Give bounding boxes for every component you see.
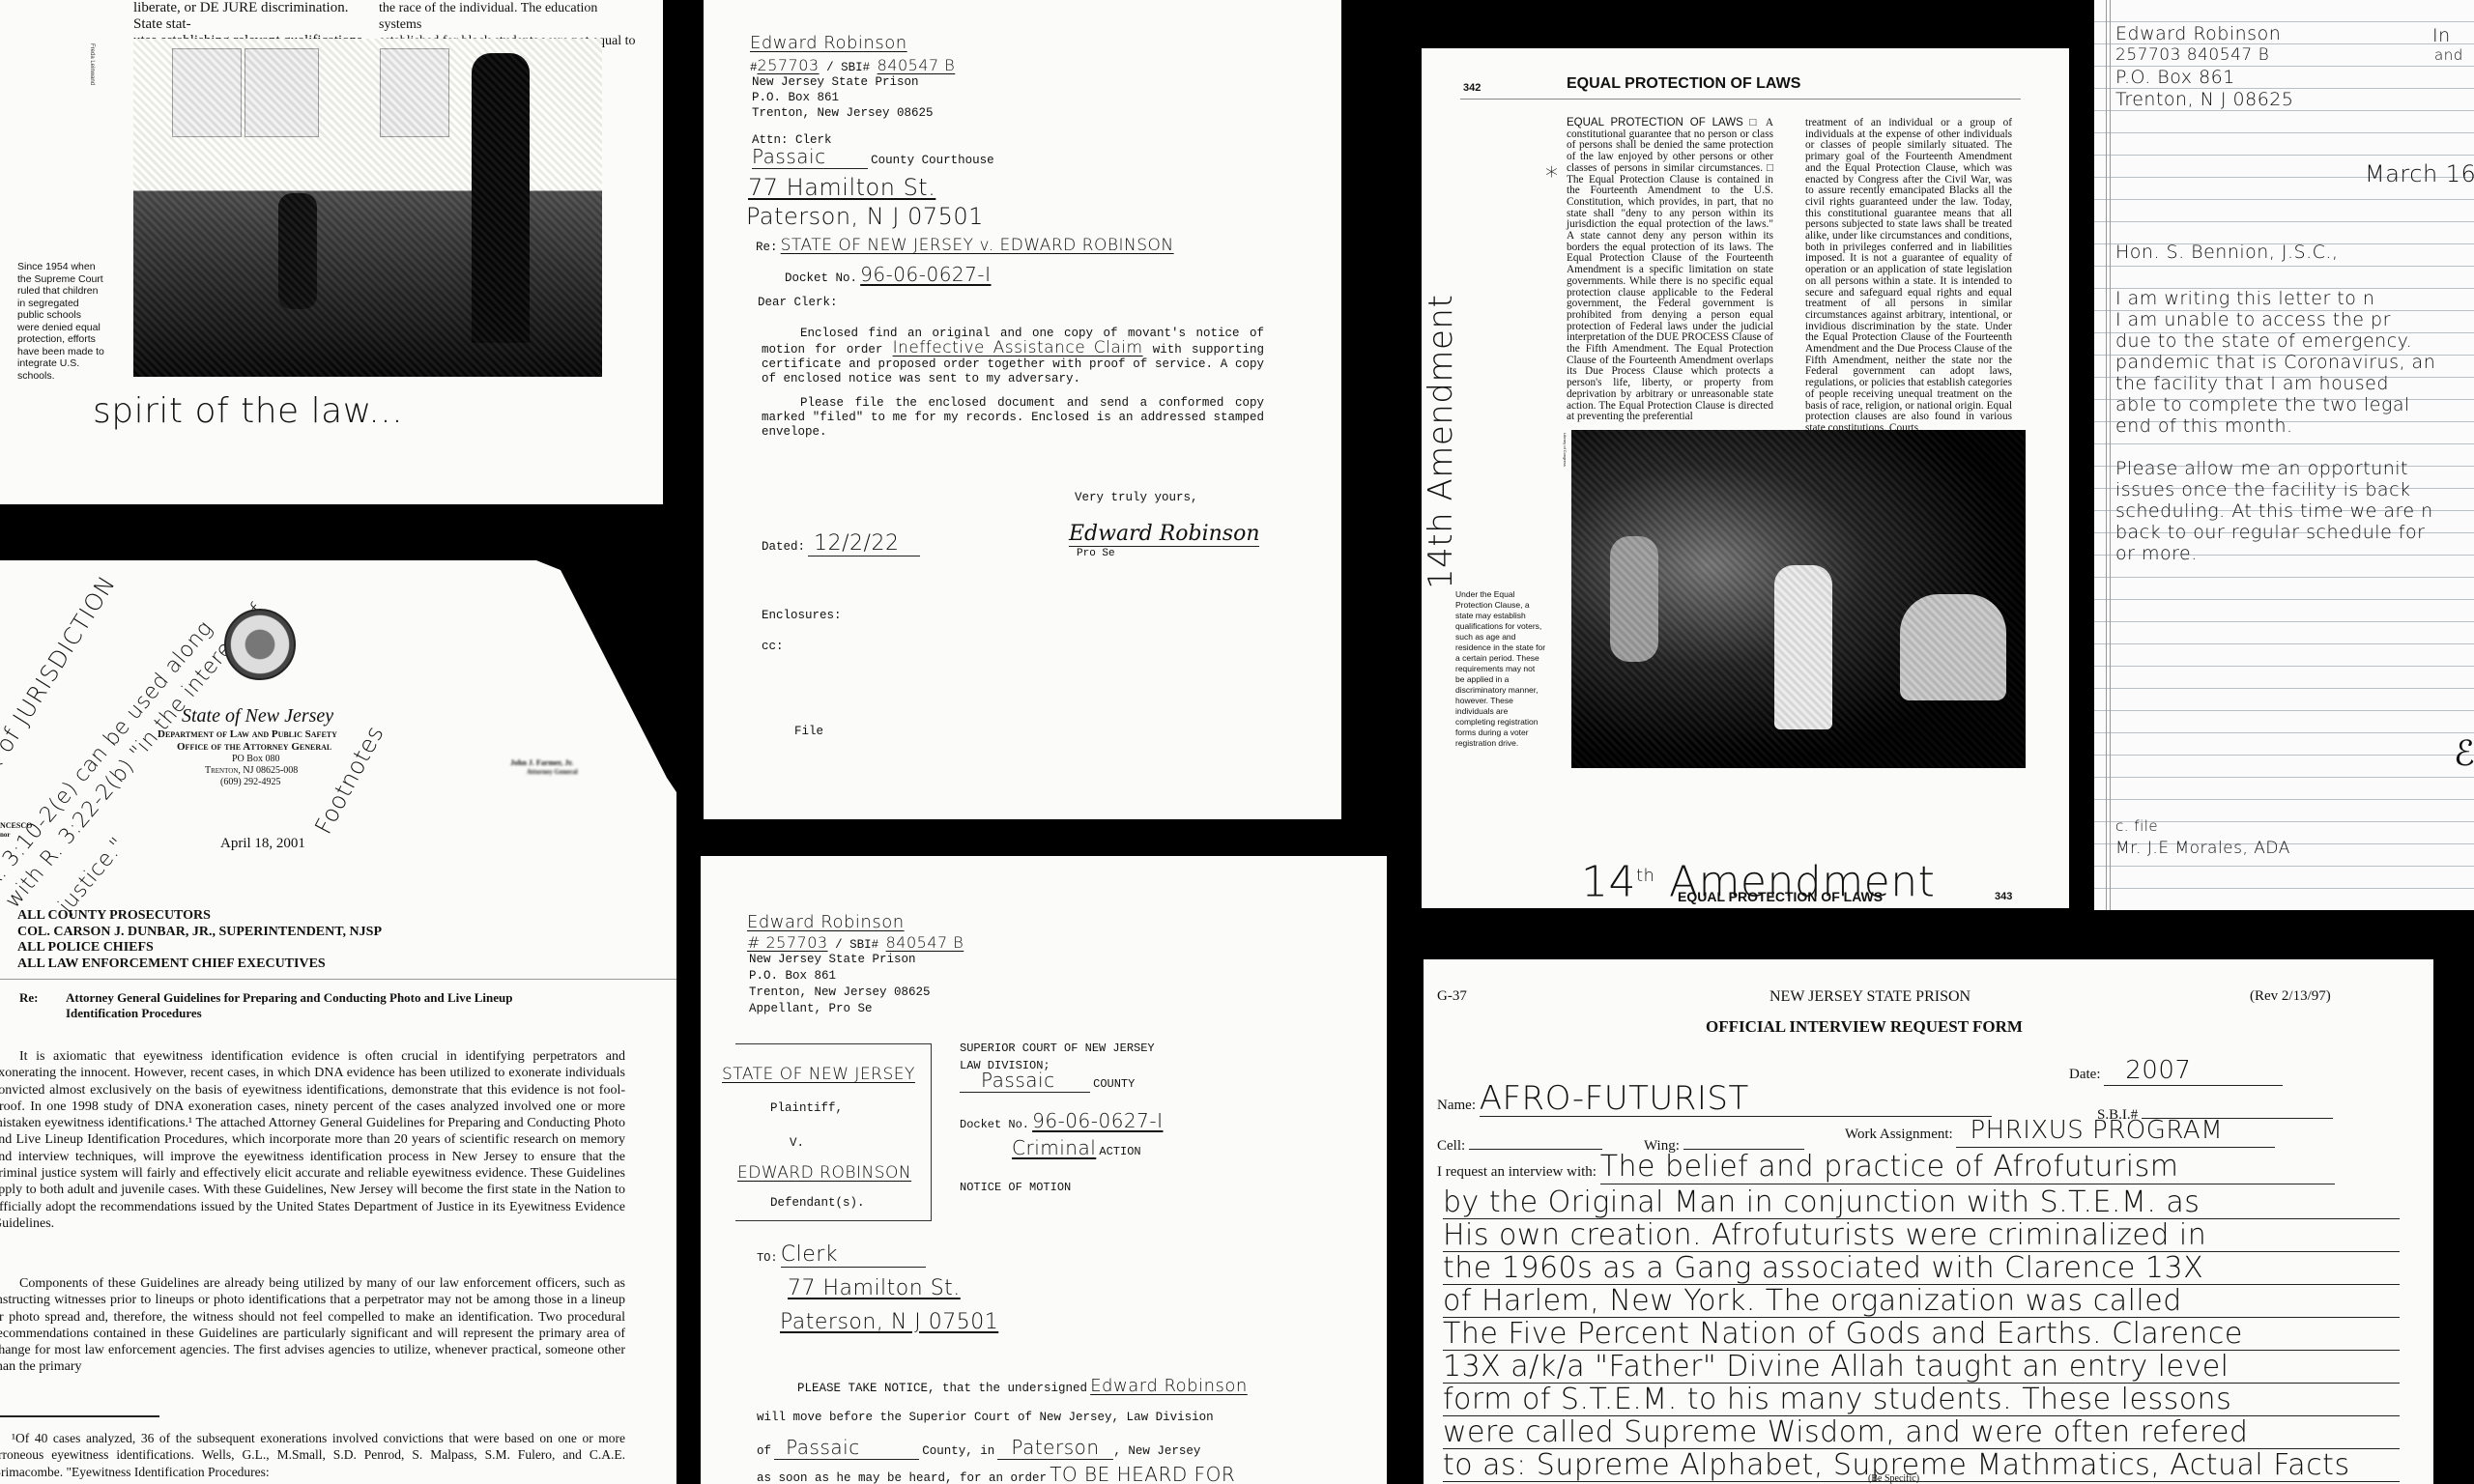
address-line: New Jersey State Prison [749,953,916,966]
form-title: OFFICIAL INTERVIEW REQUEST FORM [1706,1017,2023,1037]
dated-label: Dated: [762,540,805,554]
request-label: I request an interview with: [1437,1164,1597,1180]
address-line: Trenton, New Jersey 08625 [752,106,934,120]
action-line: Criminal ACTION [1012,1136,1141,1159]
notice-line-2: will move before the Superior Court of N… [757,1411,1214,1424]
letterhead-box: PO Box 080 [232,754,279,764]
recipient: COL. CARSON J. DUNBAR, JR., SUPERINTENDE… [17,925,382,941]
institution-name: NEW JERSEY STATE PRISON [1769,988,1971,1006]
letterhead-phone: (609) 292-4925 [220,777,281,787]
attorney-general-name: John J. Farmer, Jr. [510,758,573,767]
docket-line: Docket No. 96-06-0627-I [785,263,992,286]
to-line: TO: Clerk [757,1242,926,1268]
attorney-general-memo: ...ck of JURISDICTION R. 3:10-2(e) can b… [0,560,676,1484]
letter-line: able to complete the two legal [2115,394,2410,415]
county-line: Passaic County Courthouse [752,145,994,169]
memo-date: April 18, 2001 [220,836,305,852]
form-revision: (Rev 2/13/97) [2250,988,2331,1005]
be-specific-hint: (Be Specific) [1868,1473,1919,1484]
county-value: Passaic [960,1069,1090,1093]
photo-credit: Library of Congress [1563,433,1568,467]
text: , New Jersey [1113,1444,1200,1458]
defendant-name: EDWARD ROBINSON [737,1163,911,1183]
dated-line: Dated: 12/2/22 [762,531,920,556]
enclosures: Enclosures: [762,609,842,622]
text-column-2: treatment of an individual or a group of… [1805,118,2012,435]
docket-line: Docket No. 96-06-0627-I [960,1109,1164,1132]
voter-registration-photo [1571,430,2026,768]
sbi-label: / SBI# [826,61,870,74]
date-field: Date: 2007 [2069,1056,2283,1086]
to-city: Paterson, N J 07501 [780,1310,998,1334]
work-label: Work Assignment: [1845,1127,1953,1142]
re-label: Re: [756,241,778,254]
memo-paragraph-2: Components of these Guidelines are alrea… [0,1275,625,1376]
request-first-line[interactable]: The belief and practice of Afrofuturism [1600,1151,2335,1184]
text: of [757,1444,771,1458]
docket-label: Docket No. [785,271,857,285]
letter-to-clerk: Edward Robinson #257703 / SBI# 840547 B … [704,0,1341,819]
action-type: Criminal [1012,1136,1096,1159]
letter-date: March 16 [2365,160,2474,187]
docket-number: 96-06-0627-I [1032,1109,1163,1132]
closing: Very truly yours, [1075,491,1198,504]
text-line: the race of the individual. The educatio… [379,0,640,33]
city: Paterson, N J 07501 [746,203,984,230]
notice-line-3: of Passaic County, in Paterson, New Jers… [757,1436,1200,1460]
letter-line: I am unable to access the pr [2115,309,2391,330]
docket-label: Docket No. [960,1118,1029,1131]
request-line[interactable]: were called Supreme Wisdom, and were oft… [1443,1417,2400,1449]
note-number: 14 [1581,858,1636,907]
work-value[interactable]: PHRIXUS PROGRAM [1956,1114,2275,1148]
interview-request-form: G-37 NEW JERSEY STATE PRISON (Rev 2/13/9… [1424,959,2433,1484]
recipient: ALL LAW ENFORCEMENT CHIEF EXECUTIVES [17,956,382,973]
asterisk-mark: * [1545,162,1559,191]
letter-line: pandemic that is Coronavirus, an [2115,352,2435,373]
signature-fragment: ℰ [2454,734,2474,774]
letter-line: In [2432,25,2451,46]
letterhead-city: Trenton, NJ 08625-008 [205,765,298,776]
cc: cc: [762,640,784,653]
governor-title: nor [0,831,11,839]
page-header: EQUAL PROTECTION OF LAWS [1567,75,1800,93]
pro-se: Pro Se [1077,548,1115,559]
plaintiff-label: Plaintiff, [770,1101,843,1115]
salutation: Dear Clerk: [758,296,838,309]
request-field: I request an interview with: The belief … [1437,1151,2335,1184]
margin-line [2106,0,2111,910]
paragraph-2: Please file the enclosed document and se… [762,396,1264,440]
address-line: P.O. Box 861 [749,969,836,983]
inmate-ids: # 257703 / SBI# 840547 B [747,933,964,952]
file-label: File [794,725,823,738]
entry-title: EQUAL PROTECTION OF LAWS [1567,117,1743,128]
sender-name: Edward Robinson [747,912,905,932]
memo-footnote: ¹Of 40 cases analyzed, 36 of the subsequ… [0,1430,625,1480]
request-line[interactable]: to as: Supreme Alphabet, Supreme Mathmat… [1443,1450,2400,1482]
letterhead-office: Office of the Attorney General [177,741,331,753]
id-prefix: # [750,61,758,74]
text: PLEASE TAKE NOTICE, that the undersigned [797,1382,1087,1395]
photo-caption: Under the Equal Protection Clause, a sta… [1455,589,1546,749]
sbi-number: 840547 B [877,56,956,74]
request-line[interactable]: 13X a/k/a "Father" Divine Allah taught a… [1443,1352,2400,1384]
classroom-photo [133,39,602,377]
photo-caption: Since 1954 when the Supreme Court ruled … [17,261,104,382]
paragraph-1: Enclosed find an original and one copy o… [762,327,1264,386]
county-label: COUNTY [1093,1077,1135,1091]
request-line[interactable]: form of S.T.E.M. to his many students. T… [1443,1384,2400,1416]
notice-of-motion: Edward Robinson # 257703 / SBI# 840547 B… [701,856,1387,1484]
letter-line: due to the state of emergency. [2115,330,2412,352]
inmate-ids: #257703 / SBI# 840547 B [750,56,955,74]
letter-line: P.O. Box 861 [2115,67,2235,88]
address-line: P.O. Box 861 [752,91,839,104]
work-assignment-field: Work Assignment: PHRIXUS PROGRAM [1845,1114,2275,1148]
street: 77 Hamilton St. [748,174,935,201]
re-subject: Attorney General Guidelines for Preparin… [66,990,568,1021]
signature: Edward Robinson [1069,522,1259,547]
city-value: Paterson [997,1436,1113,1460]
sender-name: Edward Robinson [750,33,907,53]
request-line[interactable]: the 1960s as a Gang associated with Clar… [1443,1253,2400,1285]
county-value: Passaic [774,1436,919,1460]
sbi-label: / SBI# [835,938,878,952]
note-sup: th [1636,866,1654,886]
claim: Ineffective Assistance Claim [893,338,1143,357]
letter-line: issues once the facility is back [2115,479,2411,500]
county-suffix: County Courthouse [871,154,994,167]
notice-line-1: PLEASE TAKE NOTICE, that the undersigned… [797,1376,1248,1396]
cc-name: Mr. J.E Morales, ADA [2115,839,2290,858]
equal-protection-page: 342 EQUAL PROTECTION OF LAWS EQUAL PROTE… [1422,48,2069,908]
to-name: Clerk [781,1242,926,1268]
memo-paragraph-1: It is axiomatic that eyewitness identifi… [0,1048,625,1232]
photo-credit: Freda Leinwand [89,43,95,85]
letter-line: 257703 840547 B [2115,45,2269,65]
handwritten-letter: Edward Robinson 257703 840547 B P.O. Box… [2094,0,2474,910]
to-label: TO: [757,1251,778,1265]
governor-name: NCESCO [0,821,32,830]
dated-value: 12/2/22 [808,531,920,556]
to-street: 77 Hamilton St. [788,1276,961,1300]
recipient: ALL COUNTY PROSECUTORS [17,908,382,925]
letter-line: end of this month. [2115,415,2293,437]
margin-note: 14th Amendment [1422,203,1470,589]
attorney-general-title: Attorney General [527,768,578,776]
letter-line: back to our regular schedule for [2115,522,2425,543]
request-line[interactable]: His own creation. Afrofuturists were cri… [1443,1220,2400,1252]
name-label: Name: [1437,1098,1476,1113]
inmate-number: 257703 [758,56,820,74]
text-column-1: EQUAL PROTECTION OF LAWS □ A constitutio… [1567,118,1773,423]
text-line: liberate, or DE JURE discrimination. Sta… [133,0,370,33]
request-line[interactable]: The Five Percent Nation of Gods and Eart… [1443,1319,2400,1351]
county-line: Passaic COUNTY [960,1069,1135,1093]
page-footer: EQUAL PROTECTION OF LAWS [1678,889,1883,904]
name-field: Name: AFRO-FUTURIST [1437,1081,1992,1117]
address-line: New Jersey State Prison [752,75,919,89]
page-number-left: 342 [1463,82,1481,94]
order-value: TO BE HEARD FOR [1050,1463,1235,1484]
nj-state-seal-icon [224,609,296,680]
address-line: Trenton, New Jersey 08625 [749,985,931,999]
cell-value[interactable] [1469,1135,1602,1150]
re-label: Re: [19,990,39,1006]
notice-line-4: as soon as he may be heard, for an order… [757,1463,1235,1484]
letter-line: Trenton, N J 08625 [2115,89,2293,110]
date-value[interactable]: 2007 [2104,1056,2283,1086]
page-number-right: 343 [1995,891,2012,902]
case-name: STATE OF NEW JERSEY v. EDWARD ROBINSON [781,236,1174,255]
letter-line: Please allow me an opportunit [2115,458,2408,479]
letter-line: Edward Robinson [2115,23,2281,44]
form-number: G-37 [1437,988,1467,1005]
textbook-page-segregation: liberate, or DE JURE discrimination. Sta… [0,0,663,504]
letter-line: the facility that I am housed [2115,373,2389,394]
cc-label: c. file [2115,817,2158,835]
address-line: Appellant, Pro Se [749,1002,873,1015]
versus: V. [790,1136,804,1150]
action-label: ACTION [1099,1145,1140,1158]
request-line[interactable]: of Harlem, New York. The organization wa… [1443,1286,2400,1318]
re-line: Re: STATE OF NEW JERSEY v. EDWARD ROBINS… [756,236,1174,255]
court-name: SUPERIOR COURT OF NEW JERSEY [960,1042,1155,1055]
memo-recipients: ALL COUNTY PROSECUTORS COL. CARSON J. DU… [17,908,382,972]
plaintiff-name: STATE OF NEW JERSEY [722,1065,915,1084]
date-label: Date: [2069,1067,2100,1082]
letter-salutation: Hon. S. Bennion, J.S.C., [2115,242,2339,263]
sbi-number: 840547 B [886,933,964,952]
county-value: Passaic [752,145,868,169]
letter-line: scheduling. At this time we are n [2115,500,2433,522]
letterhead-state: State of New Jersey [182,705,333,728]
handwritten-note: spirit of the law... [93,391,403,431]
letterhead-dept: Department of Law and Public Safety [158,728,337,740]
name-value[interactable]: AFRO-FUTURIST [1480,1081,1992,1117]
text: as soon as he may be heard, for an order [757,1471,1047,1484]
defendant-label: Defendant(s). [770,1196,865,1210]
text: County, in [922,1444,994,1458]
letter-line: I am writing this letter to n [2115,288,2374,309]
request-line[interactable]: by the Original Man in conjunction with … [1443,1187,2400,1219]
entry-text: □ A constitutional guarantee that no per… [1567,117,1773,422]
letter-line: or more. [2115,543,2198,564]
recipient: ALL POLICE CHIEFS [17,940,382,956]
inmate-number: # 257703 [747,933,828,952]
notice-name: Edward Robinson [1090,1376,1248,1396]
document-title: NOTICE OF MOTION [960,1181,1071,1194]
wing-value[interactable] [1683,1135,1804,1150]
docket-number: 96-06-0627-I [860,263,991,286]
letter-line: and [2434,46,2463,64]
